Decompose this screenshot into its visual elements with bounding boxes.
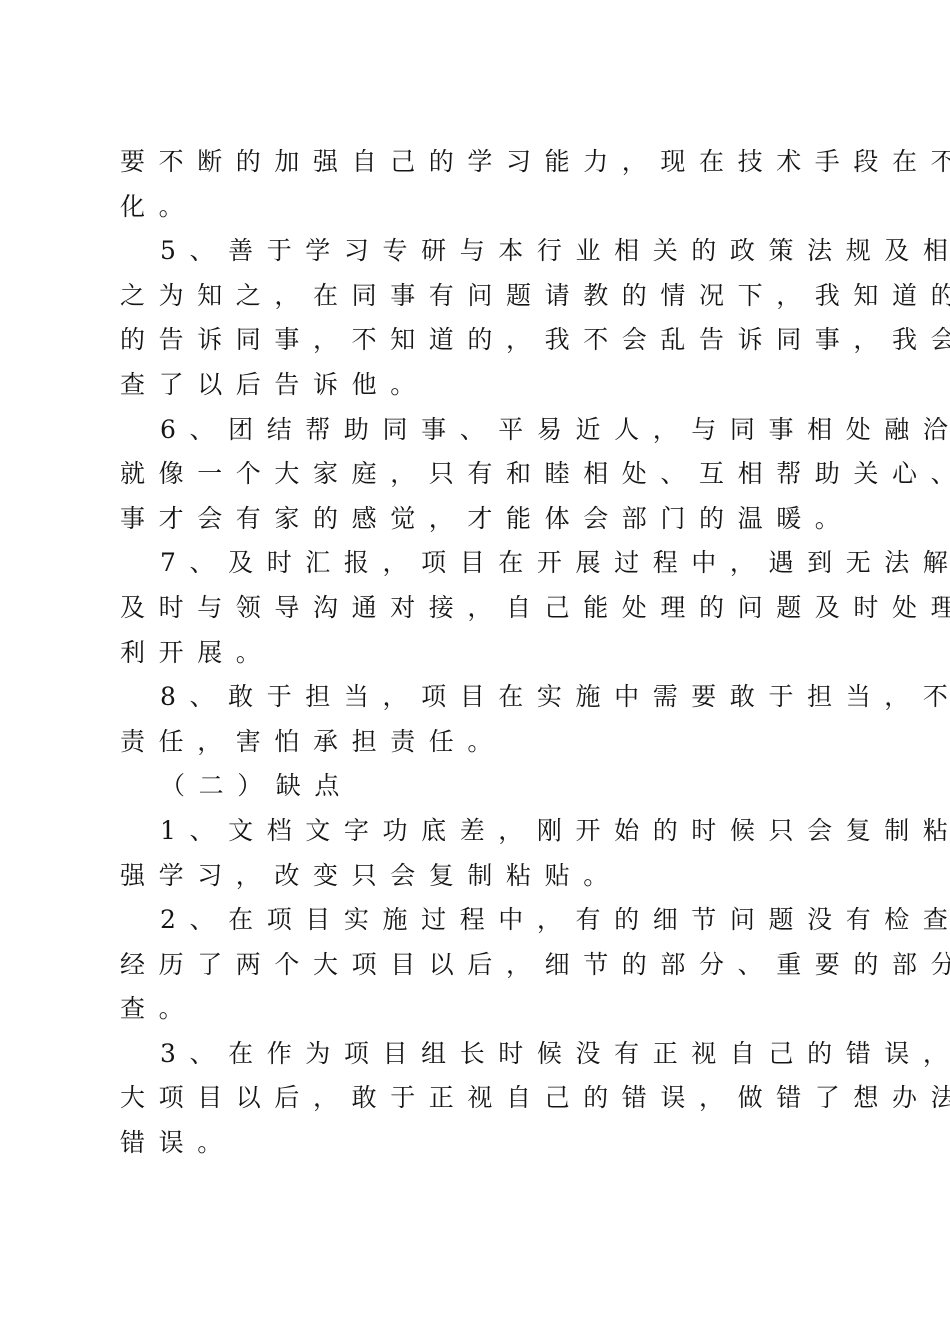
- paragraph-line: 查了以后告诉他。: [120, 363, 830, 408]
- section-heading: （二）缺点: [120, 764, 830, 809]
- weakness-item-3-line: 3、在作为项目组长时候没有正视自己的错误，经历了几个: [120, 1032, 830, 1077]
- weakness-item-1-line: 1、文档文字功底差，刚开始的时候只会复制粘贴，现在加: [120, 809, 830, 854]
- paragraph-line: 责任，害怕承担责任。: [120, 720, 830, 765]
- weakness-item-2-line: 2、在项目实施过程中，有的细节问题没有检查就提交，在: [120, 898, 830, 943]
- list-item-8-line: 8、敢于担当，项目在实施中需要敢于担当，不是互相推诿: [120, 675, 830, 720]
- paragraph-line: 错误。: [120, 1121, 830, 1166]
- document-body: 要不断的加强自己的学习能力，现在技术手段在不断的更新变 化。 5、善于学习专研与…: [120, 140, 830, 1166]
- list-item-5-line: 5、善于学习专研与本行业相关的政策法规及相关技术，知: [120, 229, 830, 274]
- paragraph-line: 及时与领导沟通对接，自己能处理的问题及时处理，让项目顺: [120, 586, 830, 631]
- document-page: 要不断的加强自己的学习能力，现在技术手段在不断的更新变 化。 5、善于学习专研与…: [0, 0, 950, 1344]
- paragraph-line: 之为知之，在同事有问题请教的情况下，我知道的，我会耐心: [120, 274, 830, 319]
- paragraph-line: 化。: [120, 185, 830, 230]
- paragraph-line: 要不断的加强自己的学习能力，现在技术手段在不断的更新变: [120, 140, 830, 185]
- paragraph-line: 强学习，改变只会复制粘贴。: [120, 854, 830, 899]
- list-item-7-line: 7、及时汇报，项目在开展过程中，遇到无法解决的问题，: [120, 541, 830, 586]
- list-item-6-line: 6、团结帮助同事、平易近人，与同事相处融洽，一个部门: [120, 408, 830, 453]
- paragraph-line: 的告诉同事，不知道的，我不会乱告诉同事，我会告诉他等我: [120, 318, 830, 363]
- paragraph-line: 经历了两个大项目以后，细节的部分、重要的部分都细致的检: [120, 943, 830, 988]
- paragraph-line: 查。: [120, 987, 830, 1032]
- paragraph-line: 大项目以后，敢于正视自己的错误，做错了想办法弥补、修改: [120, 1076, 830, 1121]
- paragraph-line: 事才会有家的感觉，才能体会部门的温暖。: [120, 497, 830, 542]
- paragraph-line: 就像一个大家庭，只有和睦相处、互相帮助关心、部门上的同: [120, 452, 830, 497]
- paragraph-line: 利开展。: [120, 631, 830, 676]
